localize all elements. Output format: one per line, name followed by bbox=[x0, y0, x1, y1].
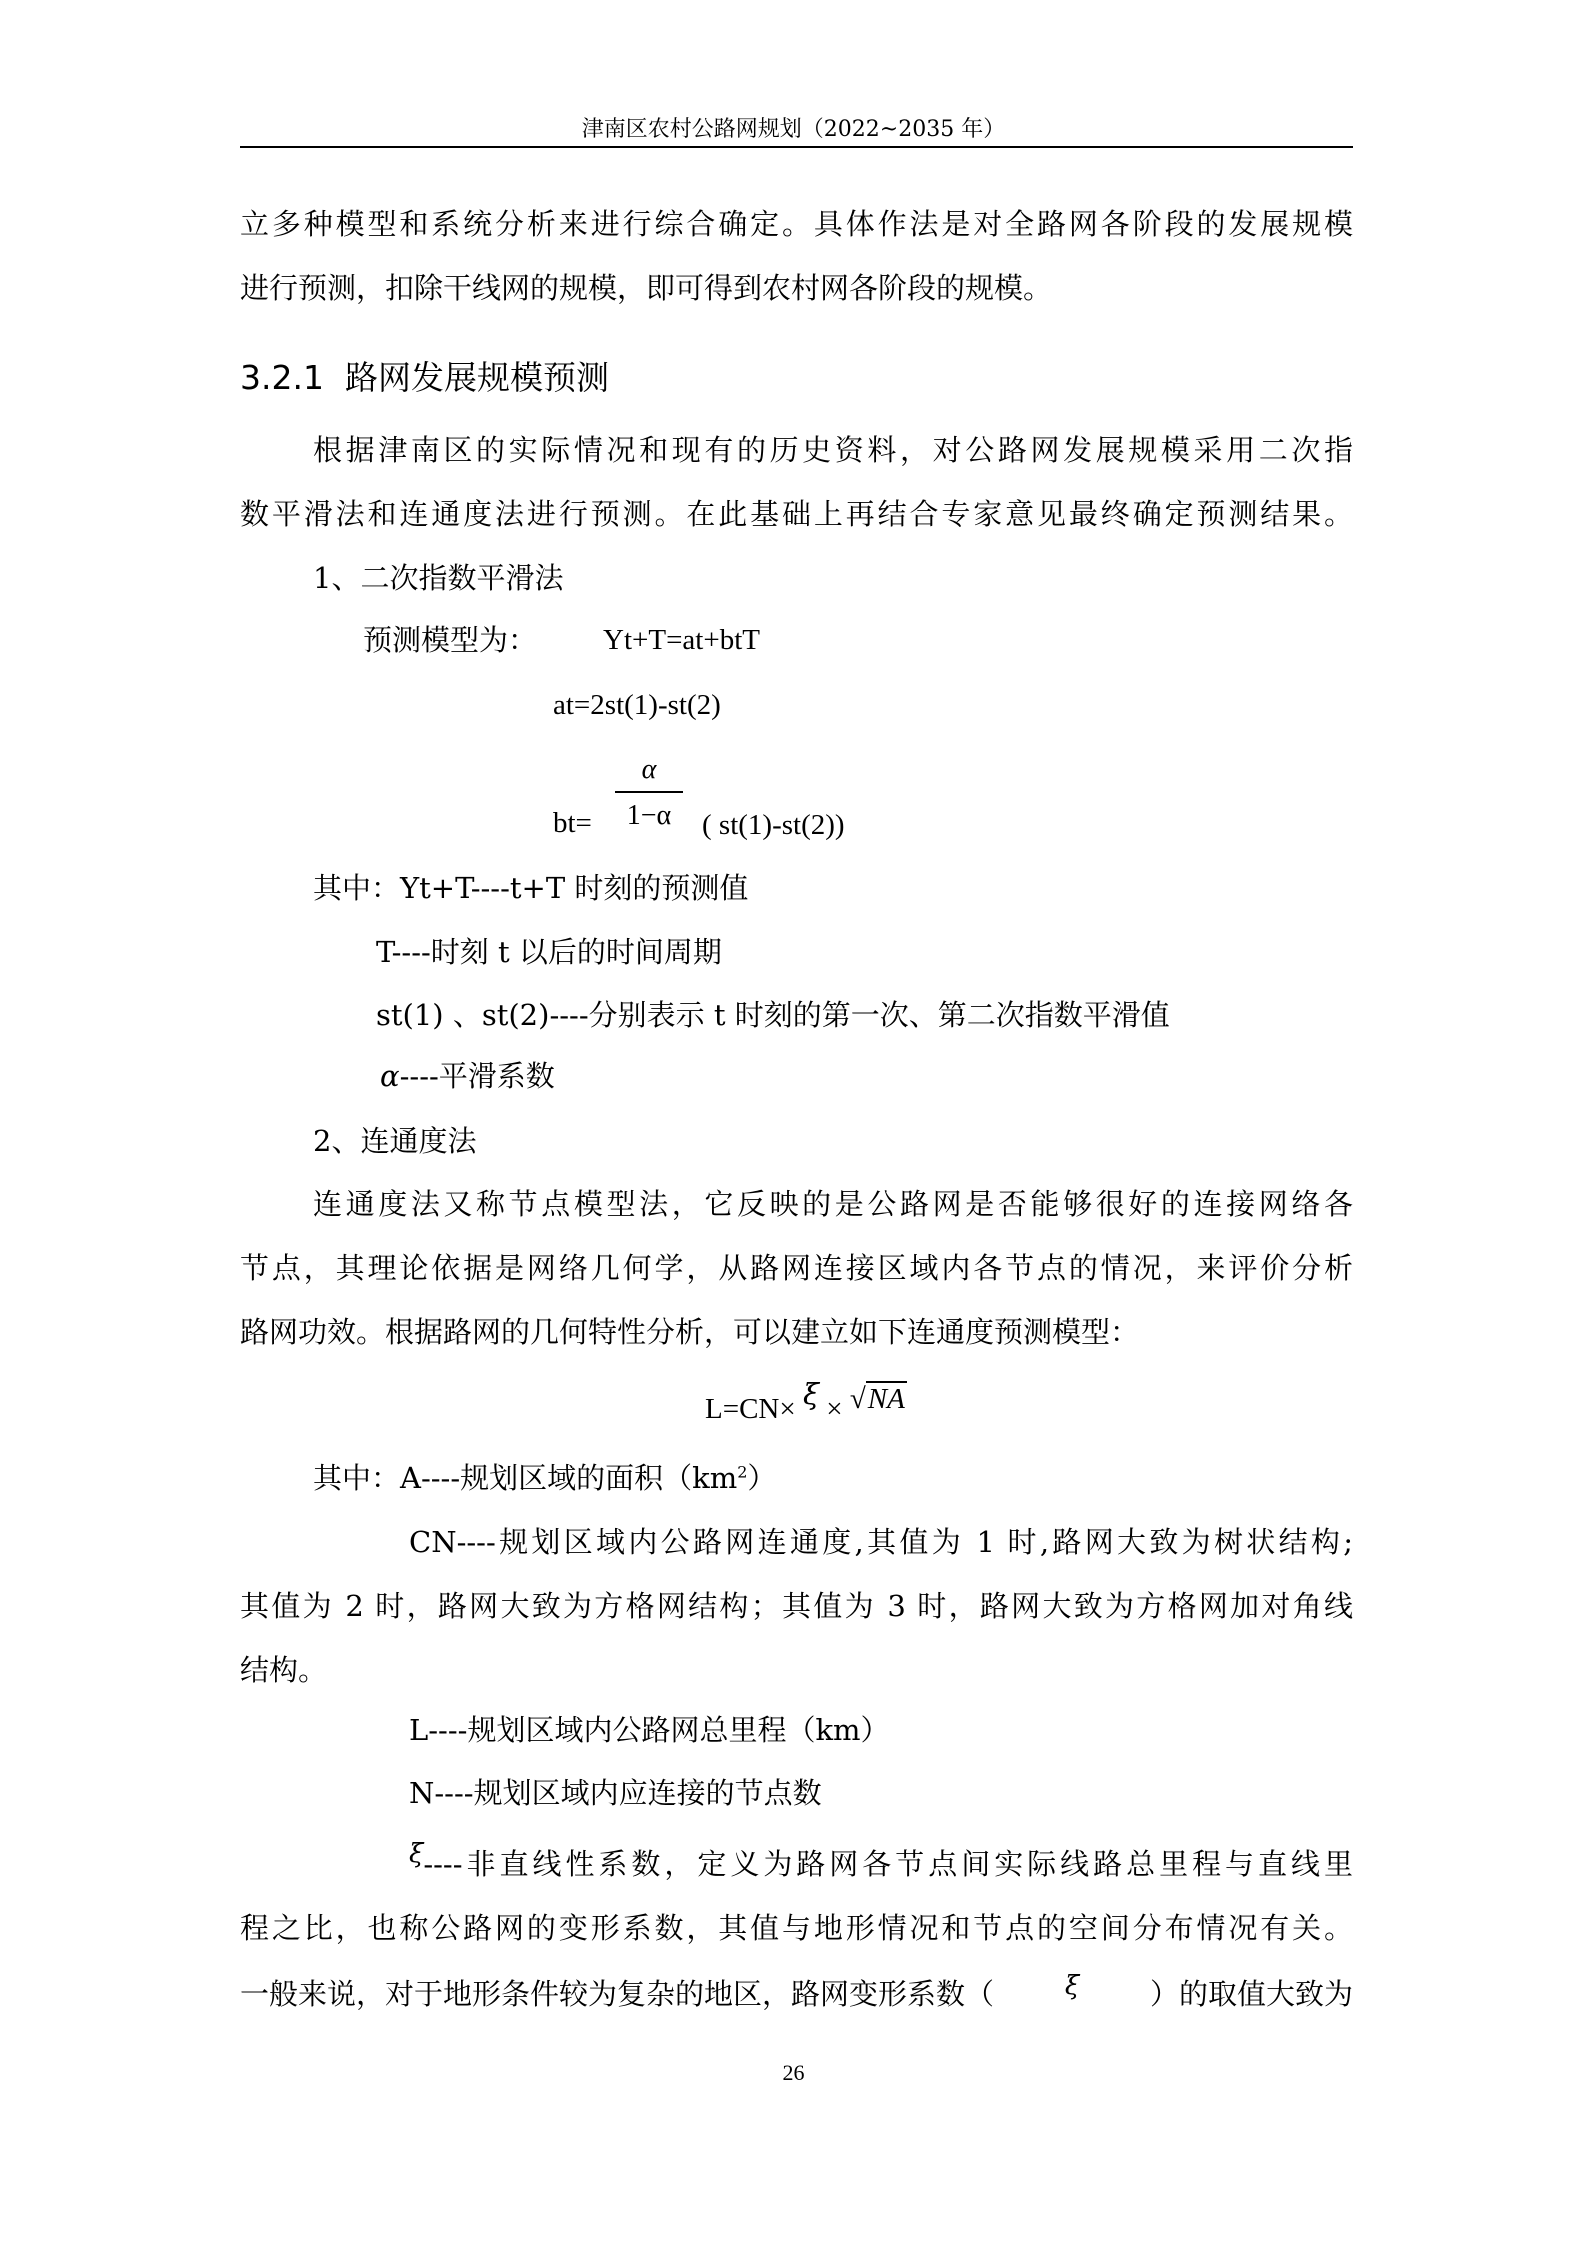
def-CN-line-1: CN----规划区域内公路网连通度,其值为 1 时,路网大致为树状结构; bbox=[409, 1524, 1353, 1560]
sqrt-icon: √ bbox=[850, 1383, 866, 1415]
def-N: N----规划区域内应连接的节点数 bbox=[409, 1775, 822, 1811]
def-CN-line-2: 其值为 2 时，路网大致为方格网结构；其值为 3 时，路网大致为方格网加对角线 bbox=[240, 1588, 1353, 1624]
method1-heading: 1、二次指数平滑法 bbox=[313, 560, 563, 596]
xi-symbol-def: ξ bbox=[409, 1836, 423, 1872]
para1-line-2: 数平滑法和连通度法进行预测。在此基础上再结合专家意见最终确定预测结果。 bbox=[240, 496, 1353, 532]
formula-bt-suffix: ( st(1)-st(2)) bbox=[702, 807, 845, 843]
fraction-bar bbox=[615, 791, 683, 793]
times-symbol: × bbox=[826, 1393, 842, 1425]
alpha-symbol: α bbox=[380, 1059, 400, 1093]
def-st: st(1) 、st(2)----分别表示 t 时刻的第一次、第二次指数平滑值 bbox=[376, 997, 1170, 1033]
def-xi-text-1: ----非直线性系数，定义为路网各节点间实际线路总里程与直线里 bbox=[423, 1846, 1353, 1882]
def-alpha-text: ----平滑系数 bbox=[400, 1059, 555, 1093]
intro-line-1: 立多种模型和系统分析来进行综合确定。具体作法是对全路网各阶段的发展规模 bbox=[240, 206, 1353, 242]
formula-L: L=CN× ξ × √NA bbox=[705, 1390, 907, 1427]
def-xi-text-3a: 一般来说，对于地形条件较为复杂的地区，路网变形系数（ bbox=[240, 1976, 994, 2012]
def-xi-line-1: ξ ----非直线性系数，定义为路网各节点间实际线路总里程与直线里 bbox=[409, 1846, 1353, 1882]
superscript-2: 2 bbox=[737, 1462, 747, 1481]
fraction-numerator: α bbox=[615, 753, 683, 787]
intro-line-2: 进行预测，扣除干线网的规模，即可得到农村网各阶段的规模。 bbox=[240, 270, 1052, 306]
def-A: 其中：A----规划区域的面积（km2） bbox=[313, 1460, 776, 1496]
xi-symbol: ξ bbox=[803, 1377, 819, 1411]
def-T: T----时刻 t 以后的时间周期 bbox=[376, 934, 722, 970]
para2-line-3: 路网功效。根据路网的几何特性分析，可以建立如下连通度预测模型： bbox=[240, 1314, 1139, 1350]
def-CN-line-3: 结构。 bbox=[240, 1652, 327, 1688]
para1-line-1: 根据津南区的实际情况和现有的历史资料，对公路网发展规模采用二次指 bbox=[313, 432, 1353, 468]
page-number: 26 bbox=[0, 2060, 1587, 2086]
xi-symbol-inline: ξ bbox=[1065, 1968, 1079, 2004]
section-heading: 3.2.1 路网发展规模预测 bbox=[240, 358, 609, 398]
fraction-denominator: 1−α bbox=[615, 799, 683, 833]
formula-bt-prefix: bt= bbox=[553, 805, 592, 841]
def-xi-line-2: 程之比，也称公路网的变形系数，其值与地形情况和节点的空间分布情况有关。 bbox=[240, 1910, 1353, 1946]
def-xi-text-3b: ）的取值大致为 bbox=[1150, 1976, 1353, 2012]
def-alpha: α----平滑系数 bbox=[380, 1058, 555, 1094]
method2-heading: 2、连通度法 bbox=[313, 1123, 476, 1159]
def-yt: 其中：Yt+T----t+T 时刻的预测值 bbox=[313, 870, 748, 906]
section-title: 路网发展规模预测 bbox=[345, 358, 609, 397]
sqrt-expression: √NA bbox=[850, 1381, 907, 1417]
formula-main: Yt+T=at+btT bbox=[603, 622, 760, 658]
header-divider bbox=[240, 146, 1353, 148]
sqrt-content: NA bbox=[866, 1381, 907, 1415]
def-L: L----规划区域内公路网总里程（km） bbox=[409, 1712, 890, 1748]
formula-at: at=2st(1)-st(2) bbox=[553, 687, 721, 723]
section-number: 3.2.1 bbox=[240, 358, 324, 397]
formula-L-prefix: L=CN× bbox=[705, 1393, 796, 1425]
def-A-suffix: ） bbox=[747, 1461, 776, 1495]
model-label: 预测模型为： bbox=[363, 622, 537, 658]
para2-line-2: 节点，其理论依据是网络几何学，从路网连接区域内各节点的情况，来评价分析 bbox=[240, 1250, 1353, 1286]
def-xi-line-3: 一般来说，对于地形条件较为复杂的地区，路网变形系数（ ξ ）的取值大致为 bbox=[240, 1976, 1353, 2012]
formula-bt-fraction: α 1−α bbox=[615, 753, 683, 833]
para2-line-1: 连通度法又称节点模型法，它反映的是公路网是否能够很好的连接网络各 bbox=[313, 1186, 1353, 1222]
running-header: 津南区农村公路网规划（2022~2035 年） bbox=[0, 112, 1587, 143]
def-A-text: 其中：A----规划区域的面积（km bbox=[313, 1461, 737, 1495]
